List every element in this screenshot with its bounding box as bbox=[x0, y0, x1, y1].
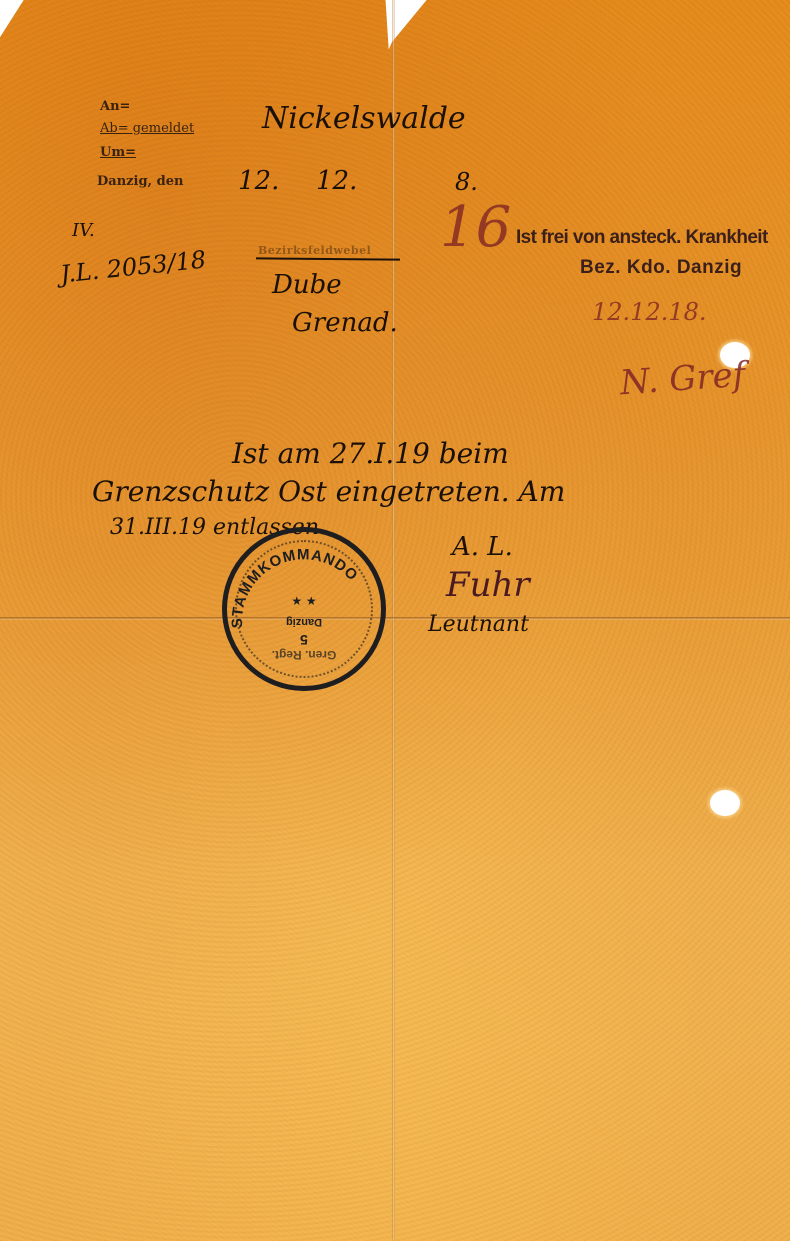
health-stamp-line1: Ist frei von ansteck. Krankheit bbox=[516, 228, 768, 247]
handwritten-day: 12. bbox=[238, 168, 279, 194]
label-city-date: Danzig, den bbox=[97, 175, 183, 188]
label-an: An= bbox=[100, 100, 130, 113]
note-signoff: A. L. bbox=[452, 534, 513, 560]
red-number: 16 bbox=[440, 200, 511, 256]
label-ab-gemeldet: Ab= gemeldet bbox=[100, 122, 194, 135]
officer-title: Leutnant bbox=[428, 614, 529, 636]
circular-seal: STAMMKOMMANDO ★ ★ Gren. Regt. 5 Danzig bbox=[222, 527, 386, 691]
red-initials: N. Gref bbox=[619, 358, 746, 401]
handwritten-month: 12. bbox=[316, 168, 357, 194]
handwritten-year: 8. bbox=[455, 170, 478, 194]
seal-center-text-2: 5 bbox=[300, 632, 308, 648]
horizontal-fold-crease bbox=[0, 617, 790, 620]
note-line-1: Ist am 27.I.19 beim bbox=[232, 440, 509, 468]
handwritten-rank: Grenad. bbox=[292, 310, 398, 336]
health-stamp-line2: Bez. Kdo. Danzig bbox=[580, 258, 742, 277]
handwritten-roman-numeral: IV. bbox=[72, 222, 95, 240]
seal-center-text-1: Gren. Regt. bbox=[272, 648, 337, 662]
seal-ring-text-graphic: STAMMKOMMANDO ★ ★ Gren. Regt. 5 Danzig bbox=[222, 527, 386, 691]
handwritten-place: Nickelswalde bbox=[262, 104, 466, 134]
red-date: 12.12.18. bbox=[592, 300, 707, 324]
seal-center-text-3: Danzig bbox=[286, 616, 322, 628]
punch-hole-lower bbox=[710, 790, 740, 816]
officer-signature: Fuhr bbox=[446, 568, 530, 602]
note-line-2: Grenzschutz Ost eingetreten. Am bbox=[92, 478, 565, 506]
handwritten-name: Dube bbox=[272, 272, 342, 298]
label-faint-struck: Bezirksfeldwebel bbox=[258, 244, 371, 257]
seal-stars: ★ ★ bbox=[291, 594, 316, 608]
vertical-fold-crease bbox=[392, 0, 395, 1241]
label-um: Um= bbox=[100, 146, 136, 159]
